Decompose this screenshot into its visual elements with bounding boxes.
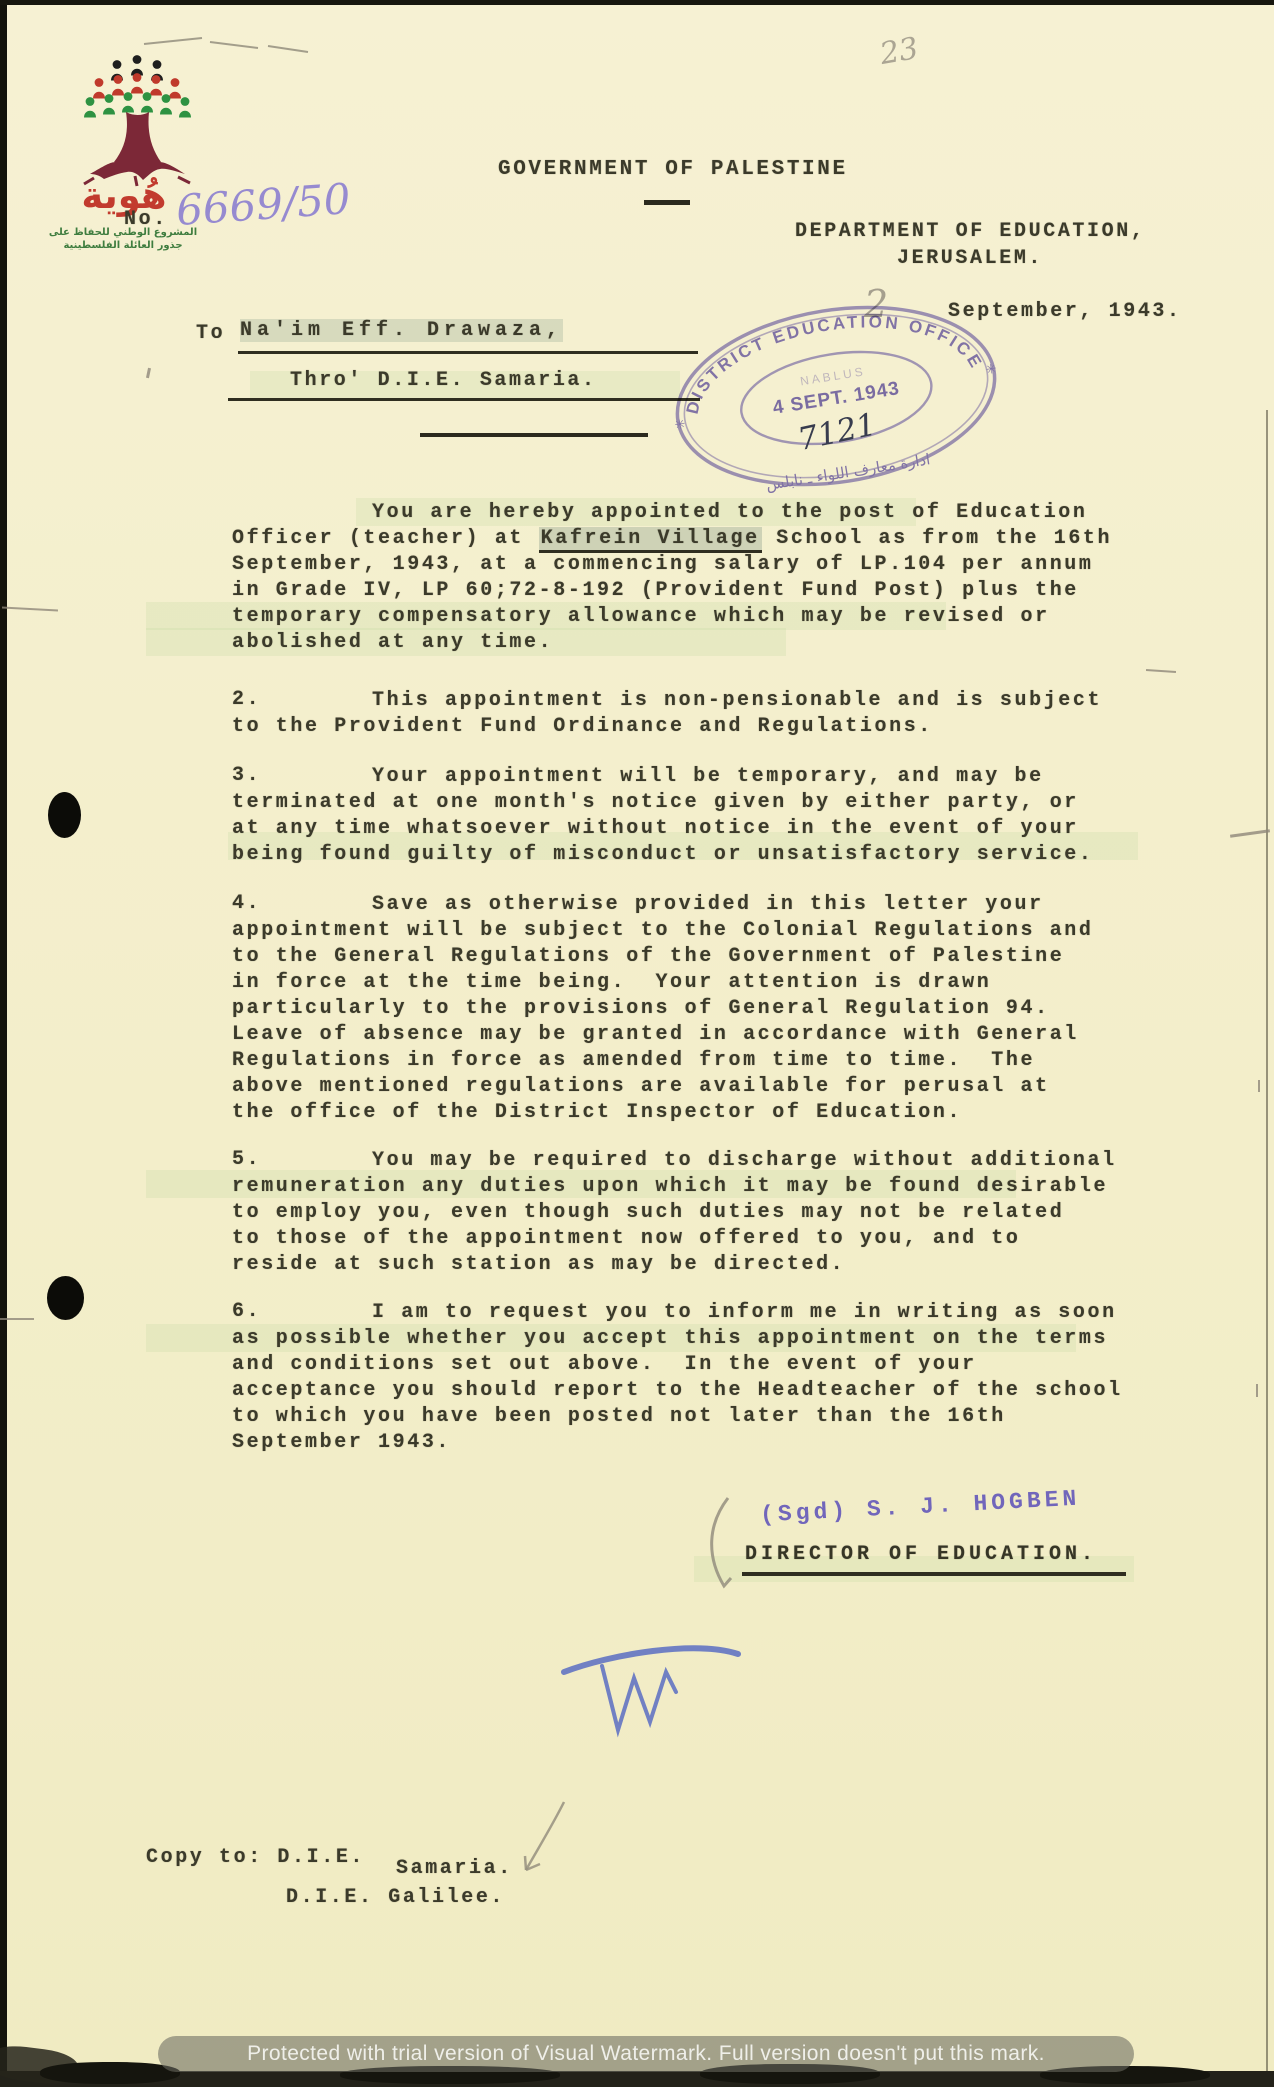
letterhead-city: JERUSALEM.: [897, 247, 1043, 270]
body-line: the office of the District Inspector of …: [232, 1100, 1172, 1126]
stamp-date: 4 SEPT. 1943: [771, 378, 901, 419]
scan-edge-left: [0, 0, 7, 2087]
addressee-thro: Thro' D.I.E. Samaria.: [290, 369, 597, 392]
trial-watermark-banner: Protected with trial version of Visual W…: [158, 2036, 1134, 2072]
pen-scribble: [556, 1630, 746, 1750]
pencil-dash: [0, 1318, 34, 1320]
paragraph-number: 6.: [232, 1300, 261, 1323]
addressee-name: Na'im Eff. Drawaza,: [240, 319, 563, 342]
body-line: above mentioned regulations are availabl…: [232, 1074, 1172, 1100]
to-label: To: [196, 322, 225, 345]
body-line: This appointment is non-pensionable and …: [232, 688, 1172, 714]
page-corner-number: 23: [877, 31, 921, 72]
body-line: to employ you, even though such duties m…: [232, 1200, 1172, 1226]
paragraph-number: 4.: [232, 892, 261, 915]
pencil-paren-mark: [698, 1494, 738, 1594]
body-line: I am to request you to inform me in writ…: [232, 1300, 1172, 1326]
body-line: to which you have been posted not later …: [232, 1404, 1172, 1430]
body-line-pre: Officer (teacher) at: [232, 527, 539, 550]
body-line: temporary compensatory allowance which m…: [232, 604, 1172, 630]
body-line: to the Provident Fund Ordinance and Regu…: [232, 714, 1172, 740]
body-line: September 1943.: [232, 1430, 1172, 1456]
copy-to-galilee: D.I.E. Galilee.: [286, 1886, 505, 1909]
body-line: Save as otherwise provided in this lette…: [232, 892, 1172, 918]
scan-edge-right: [1266, 410, 1268, 2087]
body-line: being found guilty of misconduct or unsa…: [232, 842, 1172, 868]
paragraph-2: 2. This appointment is non-pensionable a…: [232, 688, 1172, 740]
letterhead-government: GOVERNMENT OF PALESTINE: [498, 158, 848, 181]
body-line: terminated at one month's notice given b…: [232, 790, 1172, 816]
thro-underline: [228, 398, 700, 401]
copy-to-samaria: Samaria.: [396, 1857, 513, 1880]
paragraph-5: 5. You may be required to discharge with…: [232, 1148, 1172, 1278]
logo-arabic-subtitle-line2: جذور العائلة الفلسطينية: [40, 239, 206, 252]
paragraph-number: 3.: [232, 764, 261, 787]
body-line: and conditions set out above. In the eve…: [232, 1352, 1172, 1378]
stamp-handwritten-number: 7121: [795, 406, 880, 458]
body-line: abolished at any time.: [232, 630, 1172, 656]
body-line: You are hereby appointed to the post of …: [232, 500, 1172, 526]
stamp-arabic-text: ادارة معارف اللواء ـ نابلس: [765, 450, 932, 494]
signature-underline: [742, 1572, 1126, 1576]
letterhead-divider: [644, 200, 690, 205]
copy-to-label: Copy to: D.I.E.: [146, 1846, 365, 1869]
paragraph-6: 6. I am to request you to inform me in w…: [232, 1300, 1172, 1456]
pencil-tick: [146, 368, 151, 378]
body-line: Regulations in force as amended from tim…: [232, 1048, 1172, 1074]
district-education-stamp: DISTRICT EDUCATION OFFICE NABLUS 4 SEPT.…: [662, 292, 1010, 508]
ink-blot: [47, 1276, 84, 1320]
body-line: to the General Regulations of the Govern…: [232, 944, 1172, 970]
body-line: in force at the time being. Your attenti…: [232, 970, 1172, 996]
body-line: particularly to the provisions of Genera…: [232, 996, 1172, 1022]
pencil-dash: [2, 607, 58, 612]
separator-rule: [420, 433, 648, 437]
paragraph-1: You are hereby appointed to the post of …: [232, 500, 1172, 656]
scan-blob: [40, 2062, 180, 2084]
letterhead-department: DEPARTMENT OF EDUCATION,: [795, 220, 1145, 243]
signed-stamp: (Sgd) S. J. HOGBEN: [760, 1486, 1081, 1529]
body-line-post: School as from the 16th: [762, 527, 1112, 550]
paragraph-number: 5.: [232, 1148, 261, 1171]
body-line: September, 1943, at a commencing salary …: [232, 552, 1172, 578]
body-line: Officer (teacher) at Kafrein Village Sch…: [232, 526, 1172, 552]
heritage-tree-logo: [80, 56, 195, 188]
pencil-tick: [1256, 1384, 1258, 1397]
ref-no-handwritten: 6669/50: [175, 174, 352, 235]
paragraph-3: 3. Your appointment will be temporary, a…: [232, 764, 1172, 868]
pencil-dash: [1230, 829, 1270, 838]
signature-title: DIRECTOR OF EDUCATION.: [745, 1543, 1097, 1566]
body-line: as possible whether you accept this appo…: [232, 1326, 1172, 1352]
body-line: in Grade IV, LP 60;72-8-192 (Provident F…: [232, 578, 1172, 604]
body-line: reside at such station as may be directe…: [232, 1252, 1172, 1278]
scanned-letter-page: هُوية المشروع الوطني للحفاظ على جذور الع…: [0, 0, 1274, 2087]
ref-no-label: No.: [124, 208, 168, 231]
body-line: acceptance you should report to the Head…: [232, 1378, 1172, 1404]
body-line: Your appointment will be temporary, and …: [232, 764, 1172, 790]
body-line: Leave of absence may be granted in accor…: [232, 1022, 1172, 1048]
pencil-dash: [1146, 669, 1176, 673]
paragraph-number: 2.: [232, 688, 261, 711]
paragraph-4: 4. Save as otherwise provided in this le…: [232, 892, 1172, 1126]
trial-watermark-text: Protected with trial version of Visual W…: [247, 2042, 1045, 2066]
body-line: You may be required to discharge without…: [232, 1148, 1172, 1174]
body-line: appointment will be subject to the Colon…: [232, 918, 1172, 944]
body-line: remuneration any duties upon which it ma…: [232, 1174, 1172, 1200]
pencil-check-mark: [506, 1798, 576, 1888]
stamp-star-icon: ✳: [985, 361, 998, 378]
scan-edge-top: [0, 0, 1274, 5]
school-name-highlight: Kafrein Village: [539, 527, 762, 553]
pencil-tick: [1258, 1080, 1260, 1092]
addressee-underline: [238, 351, 698, 354]
ink-blot: [48, 792, 81, 838]
body-line: to those of the appointment now offered …: [232, 1226, 1172, 1252]
body-line: at any time whatsoever without notice in…: [232, 816, 1172, 842]
